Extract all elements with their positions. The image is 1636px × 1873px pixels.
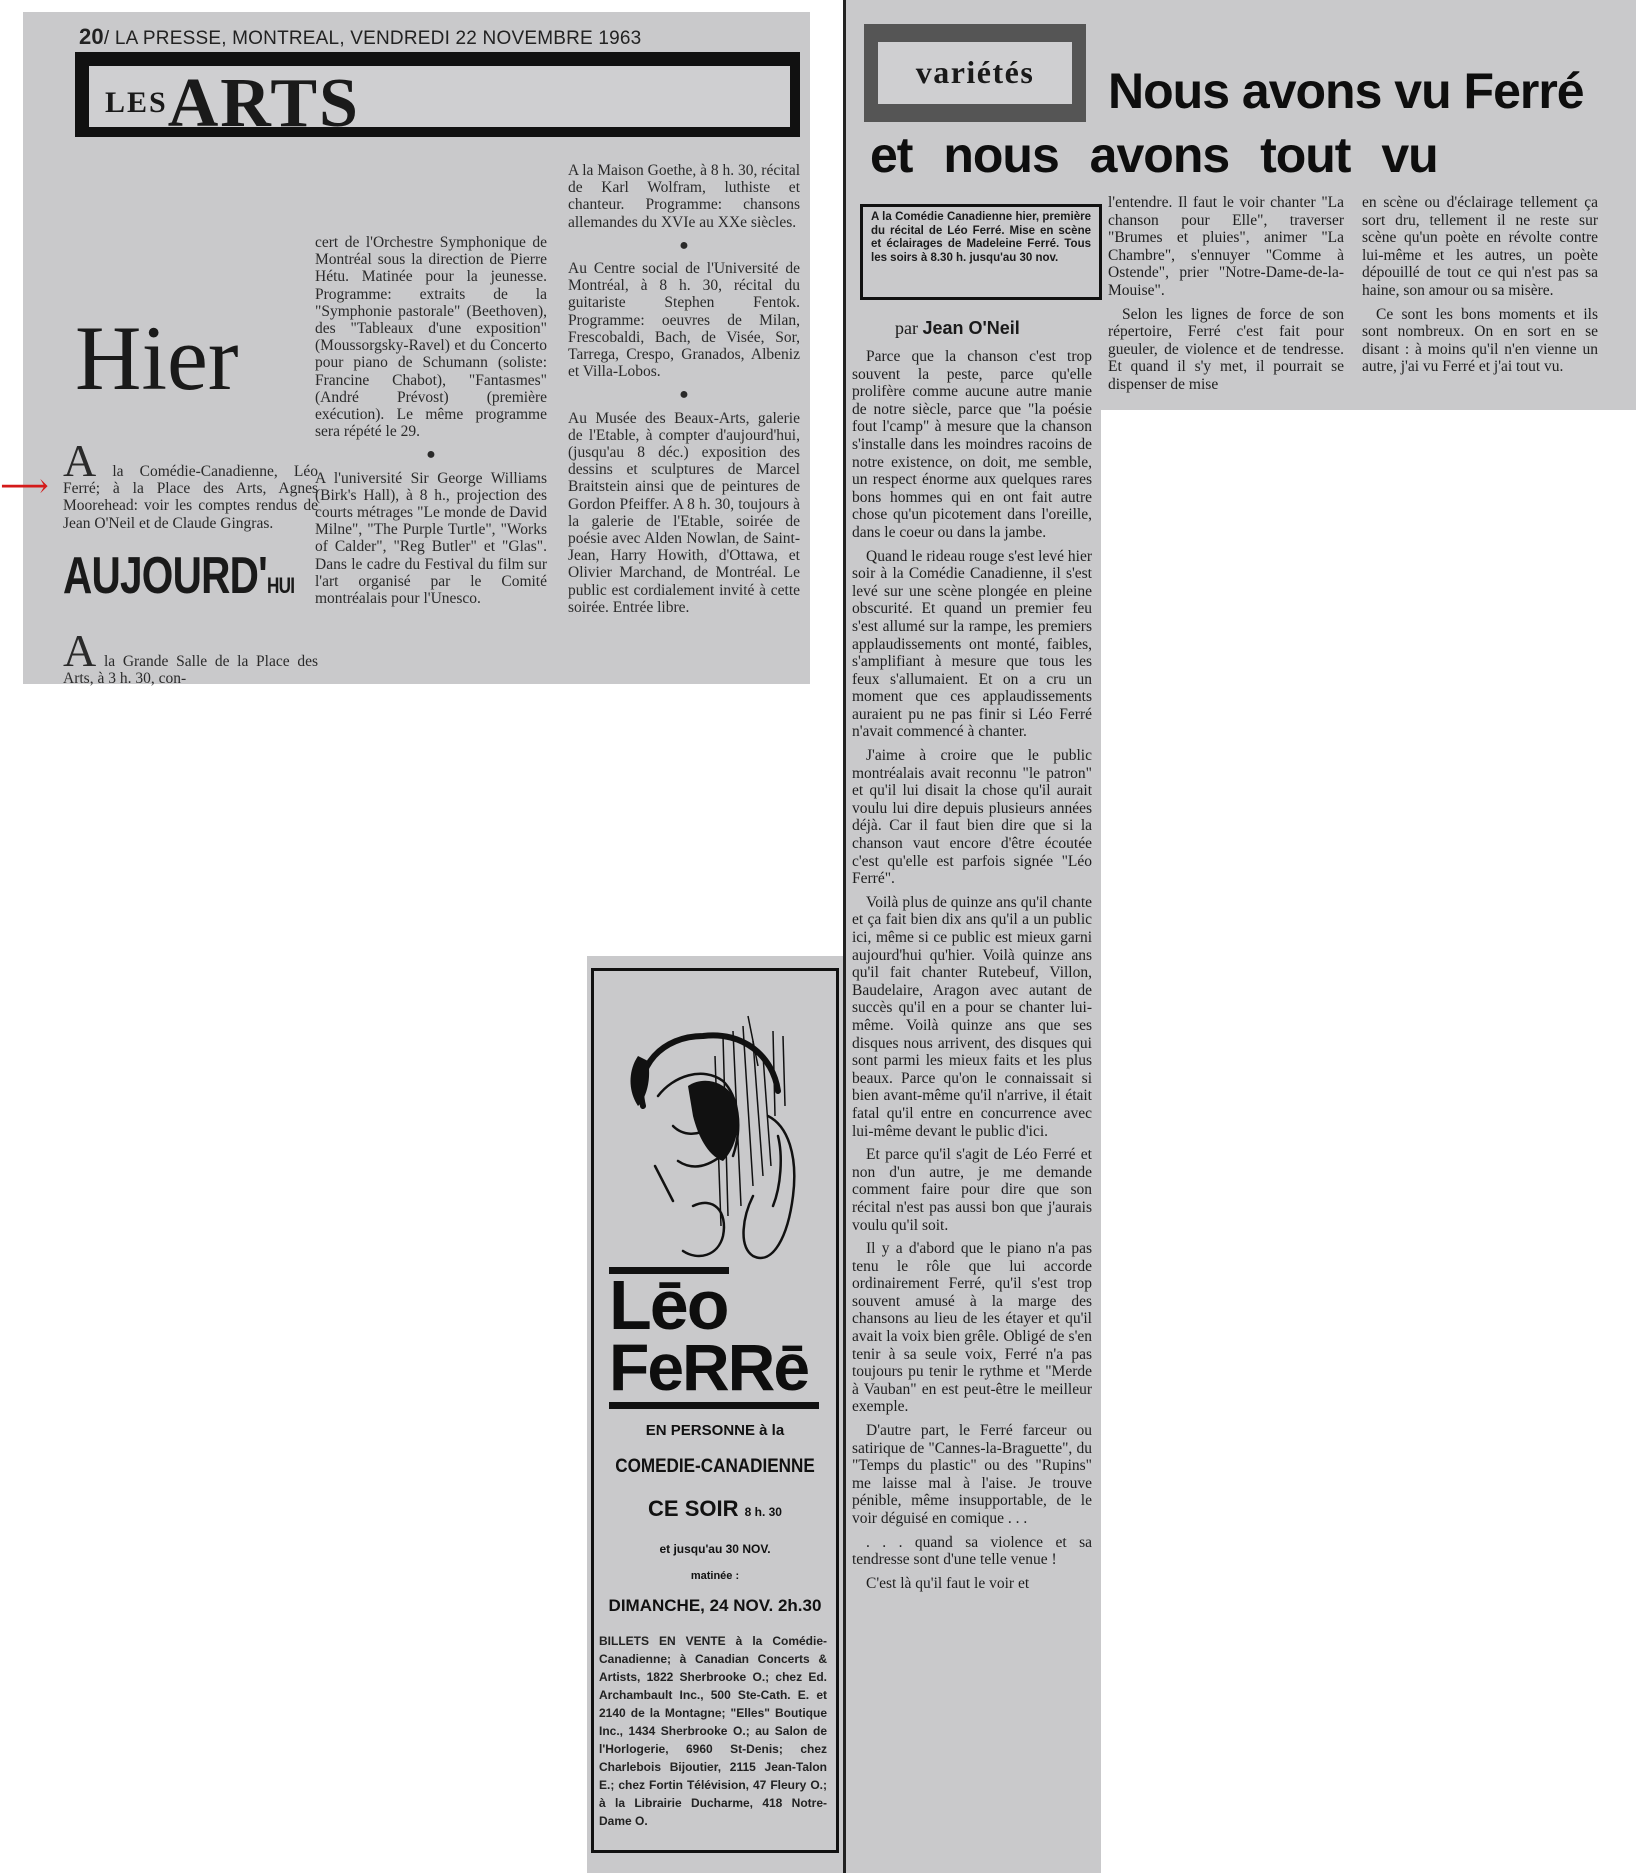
section-label: variétés [878, 42, 1072, 104]
ce-soir: CE SOIR 8 h. 30 [587, 1496, 843, 1522]
paragraph: . . . quand sa violence et sa tendresse … [852, 1534, 1092, 1569]
listing-orchestre: cert de l'Orchestre Symphonique de Montr… [315, 234, 547, 440]
listing-sir-george: A l'université Sir George Williams (Birk… [315, 470, 547, 608]
listing-goethe: A la Maison Goethe, à 8 h. 30, récital d… [568, 162, 800, 231]
listing-universite: Au Centre social de l'Université de Mont… [568, 260, 800, 380]
page-number: 20 [79, 24, 104, 49]
rule [609, 1402, 819, 1409]
bullet-separator: ● [568, 386, 800, 403]
paragraph: Il y a d'abord que le piano n'a pas tenu… [852, 1240, 1092, 1416]
paragraph: Parce que la chanson c'est trop souvent … [852, 348, 1092, 542]
paragraph: Ce sont les bons moments et ils sont nom… [1362, 306, 1598, 376]
article-column-3: en scène ou d'éclairage tellement ça sor… [1362, 194, 1598, 382]
concert-advertisement: Lēo FeRRē EN PERSONNE à la COMEDIE-CANAD… [587, 956, 843, 1873]
les-arts-clipping: 20/ LA PRESSE, MONTREAL, VENDREDI 22 NOV… [23, 12, 810, 684]
headline-line-1: Nous avons vu Ferré [1108, 62, 1584, 120]
hier-text: la Comédie-Canadienne, Léo Ferré; à la P… [63, 463, 318, 532]
aujourdhui-text-block: A la Grande Salle de la Place des Arts, … [63, 632, 318, 687]
matinee-date: DIMANCHE, 24 NOV. 2h.30 [587, 1596, 843, 1616]
bullet-separator: ● [315, 446, 547, 463]
section-title: LESARTS [105, 68, 360, 139]
drop-cap: A [63, 435, 96, 486]
hier-text-block: A la Comédie-Canadienne, Léo Ferré; à la… [63, 442, 318, 532]
paragraph: Selon les lignes de force de son réperto… [1108, 306, 1344, 394]
aujourdhui-text: la Grande Salle de la Place des Arts, à … [63, 653, 318, 687]
paragraph: Et parce qu'il s'agit de Léo Ferré et no… [852, 1146, 1092, 1234]
byline: par Jean O'Neil [895, 318, 1020, 339]
matinee-label: matinée : [587, 1570, 843, 1582]
logo-leo: Lēo [609, 1274, 727, 1336]
paragraph: l'entendre. Il faut le voir chanter "La … [1108, 194, 1344, 300]
author: Jean O'Neil [922, 318, 1019, 338]
aujourdhui-heading: AUJOURD'HUI [63, 546, 294, 606]
bullet-separator: ● [568, 237, 800, 254]
section-label-box: variétés [864, 24, 1086, 122]
dateline: 20/ LA PRESSE, MONTREAL, VENDREDI 22 NOV… [79, 24, 641, 50]
logo-ferre: FeRRē [609, 1336, 808, 1398]
dateline-text: / LA PRESSE, MONTREAL, VENDREDI 22 NOVEM… [104, 28, 642, 49]
paragraph: Quand le rideau rouge s'est levé hier so… [852, 548, 1092, 742]
paragraph: J'aime à croire que le public montréalai… [852, 747, 1092, 888]
paragraph: en scène ou d'éclairage tellement ça sor… [1362, 194, 1598, 300]
ticket-outlets: BILLETS EN VENTE à la Comédie-Canadienne… [599, 1632, 827, 1830]
paragraph: D'autre part, le Ferré farceur ou satiri… [852, 1422, 1092, 1528]
paragraph: C'est là qu'il faut le voir et [852, 1575, 1092, 1593]
arts-column-3: A la Maison Goethe, à 8 h. 30, récital d… [568, 162, 800, 616]
run-dates: et jusqu'au 30 NOV. [587, 1542, 843, 1556]
summary-box: A la Comédie Canadienne hier, première d… [860, 204, 1102, 300]
article-column-2: l'entendre. Il faut le voir chanter "La … [1108, 194, 1344, 400]
headline-line-2: et nous avons tout vu [870, 126, 1438, 184]
portrait-illustration-icon [603, 996, 833, 1286]
hier-heading: Hier [75, 312, 238, 404]
en-personne: EN PERSONNE à la [587, 1422, 843, 1439]
section-banner: LESARTS [75, 52, 800, 137]
listing-musee: Au Musée des Beaux-Arts, galerie de l'Et… [568, 410, 800, 616]
venue: COMEDIE-CANADIENNE [600, 1456, 830, 1478]
red-arrow-icon: ⟶ [0, 470, 49, 504]
arts-column-2: cert de l'Orchestre Symphonique de Montr… [315, 234, 547, 607]
column-rule [843, 0, 846, 1873]
paragraph: Voilà plus de quinze ans qu'il chante et… [852, 894, 1092, 1140]
article-column-1: Parce que la chanson c'est trop souvent … [852, 348, 1092, 1598]
drop-cap: A [63, 625, 96, 676]
